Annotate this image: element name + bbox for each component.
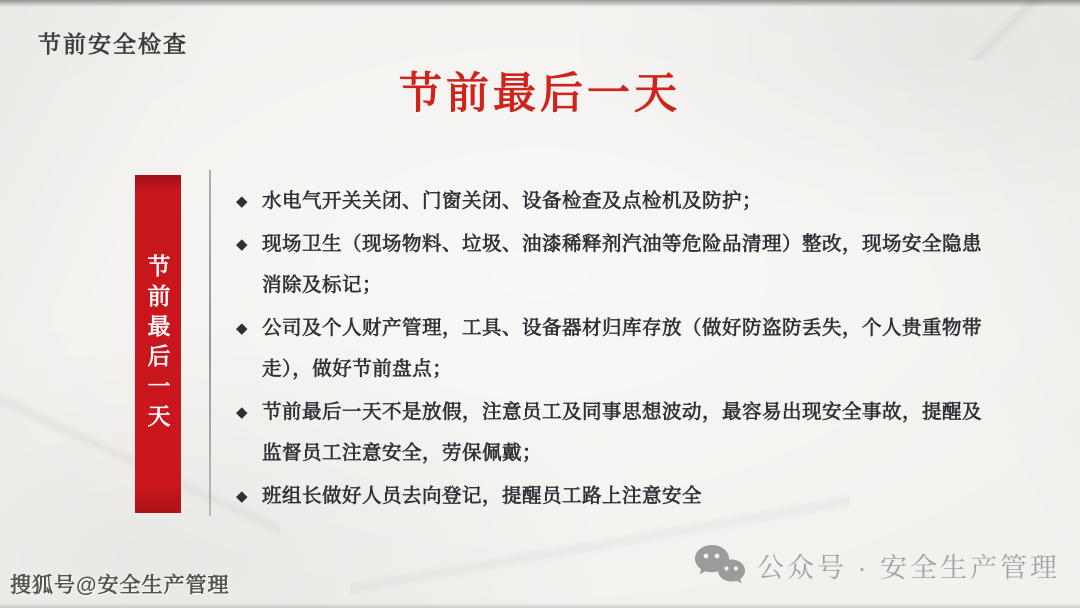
paper-edge-shadow-bottom [0, 603, 1080, 608]
diamond-bullet-icon: ◆ [236, 476, 252, 517]
paper-crease [900, 0, 1080, 60]
list-item: ◆ 现场卫生（现场物料、垃圾、油漆稀释剂汽油等危险品清理）整改，现场安全隐患消除… [236, 224, 984, 306]
slide-header: 节前安全检查 [38, 26, 188, 59]
list-item-text: 节前最后一天不是放假，注意员工及同事思想波动，最容易出现安全事故，提醒及监督员工… [262, 392, 984, 474]
list-item-text: 现场卫生（现场物料、垃圾、油漆稀释剂汽油等危险品清理）整改，现场安全隐患消除及标… [262, 224, 984, 306]
list-item-text: 班组长做好人员去向登记，提醒员工路上注意安全 [262, 476, 702, 517]
sohu-watermark: 搜狐号@安全生产管理 [10, 569, 229, 599]
diamond-bullet-icon: ◆ [236, 224, 252, 265]
diamond-bullet-icon: ◆ [236, 308, 252, 349]
diamond-bullet-icon: ◆ [236, 181, 252, 222]
wechat-account-watermark: 公众号 · 安全生产管理 [693, 543, 1060, 587]
wechat-icon [693, 543, 745, 587]
page-title: 节前最后一天 [0, 60, 1080, 121]
slide-canvas: 节前安全检查 节前最后一天 节前最后一天 ◆ 水电气开关关闭、门窗关闭、设备检查… [0, 0, 1080, 608]
list-item: ◆ 节前最后一天不是放假，注意员工及同事思想波动，最容易出现安全事故，提醒及监督… [236, 392, 984, 474]
list-item: ◆ 班组长做好人员去向登记，提醒员工路上注意安全 [236, 476, 984, 517]
list-item-text: 水电气开关关闭、门窗关闭、设备检查及点检机及防护； [262, 181, 762, 222]
list-item: ◆ 水电气开关关闭、门窗关闭、设备检查及点检机及防护； [236, 181, 984, 222]
vertical-divider [209, 170, 211, 516]
sidebar-vertical-label: 节前最后一天 [142, 254, 175, 434]
list-item: ◆ 公司及个人财产管理，工具、设备器材归库存放（做好防盗防丢失，个人贵重物带走）… [236, 308, 984, 390]
list-item-text: 公司及个人财产管理，工具、设备器材归库存放（做好防盗防丢失，个人贵重物带走），做… [262, 308, 984, 390]
section-sidebar-banner: 节前最后一天 [135, 175, 181, 513]
diamond-bullet-icon: ◆ [236, 392, 252, 433]
checklist: ◆ 水电气开关关闭、门窗关闭、设备检查及点检机及防护； ◆ 现场卫生（现场物料、… [236, 181, 984, 519]
wechat-account-label: 公众号 · 安全生产管理 [757, 546, 1060, 585]
paper-edge-shadow-top [0, 0, 1080, 7]
